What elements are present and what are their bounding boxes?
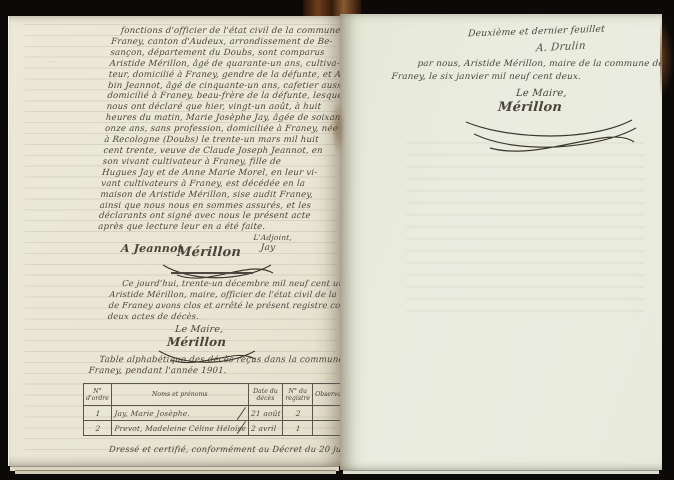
act-line: fonctions d'officier de l'état civil de … [111, 26, 350, 37]
cell-date: 21 août [248, 406, 284, 421]
closing-line: deux actes de décès. [107, 311, 342, 322]
act-line: ainsi que nous nous en sommes assurés, e… [99, 201, 338, 212]
scanned-register-spread: .... fonctions d'officier de l'état civi… [0, 0, 674, 480]
death-act-text: fonctions d'officier de l'état civil de … [98, 26, 350, 233]
act-divider-rule [171, 272, 253, 274]
closing-signoff: Le Maire, [175, 324, 224, 335]
table-row: 1 Jay, Marie Josèphe. 21 août 2 [83, 406, 360, 421]
act-line: nous ont déclaré que hier, vingt-un août… [106, 102, 345, 113]
table-header-row: N° d'ordre Noms et prénoms Date du décès… [84, 384, 360, 406]
closing-line: de Franey avons clos et arrêté le présen… [108, 300, 343, 311]
closing-signature: Mérillon [167, 335, 227, 349]
alphabetical-table-title: Table alphabétique des décès reçus dans … [88, 355, 346, 377]
mayor-closure-text: par nous, Aristide Mérillon, maire de la… [391, 58, 655, 83]
page-stack-edge [15, 470, 336, 474]
adjoint-name: Jay [260, 243, 291, 253]
act-line: Hugues Jay et de Anne Marie Morel, en le… [102, 168, 341, 179]
binding-stain [660, 18, 674, 98]
register-right-page: Deuxième et dernier feuillet A. Drulin p… [340, 14, 662, 470]
act-line: domicilié à Franey, beau-frère de la déf… [107, 91, 346, 102]
signature-merillon: Mérillon [176, 245, 241, 260]
mayor-signoff: Le Maire, [516, 88, 568, 99]
verification-paraph: A. Drulin [536, 40, 587, 55]
act-line: Aristide Mérillon, âgé de quarante-un an… [109, 59, 348, 70]
closing-line: Ce jourd'hui, trente-un décembre mil neu… [110, 278, 345, 289]
cell-date: 2 avril [248, 421, 284, 436]
header-name: Noms et prénoms [111, 384, 248, 406]
register-closing-text: Ce jourd'hui, trente-un décembre mil neu… [107, 278, 344, 322]
signature-jeannot: A Jeannot [121, 242, 184, 255]
adjoint-label: L'Adjoint, [253, 233, 292, 243]
act-line: onze ans, sans profession, domiciliée à … [105, 124, 344, 135]
table-row: 2 Prevot, Madeleine Céline Héloïse 2 avr… [83, 421, 360, 436]
cell-num: 2 [83, 421, 112, 436]
closure-line: Franey, le six janvier mil neuf cent deu… [391, 71, 654, 84]
act-line: Franey, canton d'Audeux, arrondissement … [111, 37, 350, 48]
table-title-line: Table alphabétique des décès reçus dans … [89, 355, 346, 366]
cell-num: 1 [83, 406, 112, 421]
header-registre: N° du registre [283, 384, 313, 406]
act-line: à Recologne (Doubs) le trente-un mars mi… [104, 135, 343, 146]
gutter-stain [331, 100, 345, 155]
act-line: après que lecture leur en a été faite. [98, 222, 337, 233]
mayor-signature: Mérillon [497, 100, 562, 115]
act-line: bin Jeannot, âgé de cinquante-un ans, ca… [108, 81, 347, 92]
cell-registre: 1 [282, 421, 313, 436]
folio-note: Deuxième et dernier feuillet [468, 24, 606, 40]
cell-registre: 2 [282, 406, 313, 421]
act-line: cent trente, veuve de Claude Joseph Jean… [103, 146, 342, 157]
act-line: vant cultivateurs à Franey, est décédée … [101, 179, 340, 190]
act-line: teur, domicilié à Franey, gendre de la d… [108, 70, 347, 81]
table-title-line: Franey, pendant l'année 1901. [88, 366, 345, 377]
mayor-signature-flourish [460, 114, 640, 158]
closure-line: par nous, Aristide Mérillon, maire de la… [392, 58, 655, 71]
cell-name: Prevot, Madeleine Céline Héloïse [111, 421, 249, 436]
register-left-page: .... fonctions d'officier de l'état civi… [8, 16, 341, 466]
page-stack-edge [343, 470, 659, 474]
alphabetical-deaths-table: N° d'ordre Noms et prénoms Date du décès… [83, 383, 360, 436]
act-line: son vivant cultivateur à Franey, fille d… [102, 157, 341, 168]
act-line: heures du matin, Marie Josèphe Jay, âgée… [105, 113, 344, 124]
cell-name: Jay, Marie Josèphe. [111, 406, 249, 421]
act-line: sançon, département du Doubs, sont compa… [110, 48, 349, 59]
adjoint-signature-block: L'Adjoint, Jay [252, 233, 292, 253]
header-num: N° d'ordre [84, 384, 112, 406]
pencil-mark: .... [47, 55, 77, 63]
ink-bleedthrough [406, 142, 644, 312]
act-line: maison de Aristide Mérillon, sise audit … [100, 190, 339, 201]
header-date: Date du décès [248, 384, 283, 406]
closing-line: Aristide Mérillon, maire, officier de l'… [109, 289, 344, 300]
act-line: déclarants ont signé avec nous le présen… [99, 211, 338, 222]
